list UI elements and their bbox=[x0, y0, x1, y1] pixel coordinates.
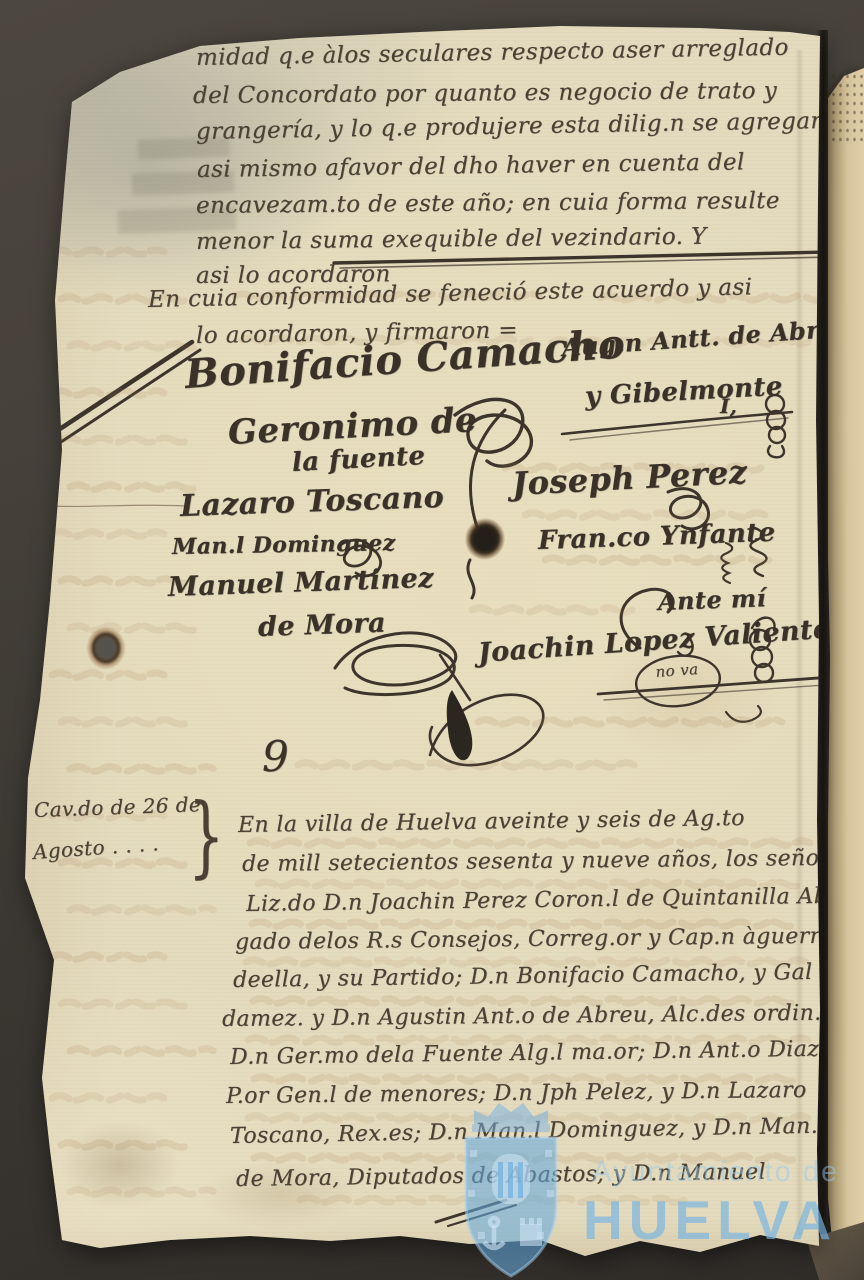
margin-double-slash-2 bbox=[52, 350, 200, 448]
manuscript-line: grangería, y lo q.e produjere esta dilig… bbox=[196, 109, 836, 144]
manuscript-line: midad q.e àlos seculares respecto aser a… bbox=[196, 36, 789, 70]
rule-after-acordaron bbox=[334, 252, 830, 263]
watermark-institution: Ayuntamiento de bbox=[592, 1156, 839, 1189]
stain bbox=[60, 1120, 180, 1210]
manuscript-line: En la villa de Huelva aveinte y seis de … bbox=[238, 807, 745, 837]
manuscript-page: midad q.e àlos seculares respecto aser a… bbox=[0, 0, 864, 1280]
abreu-mark: I, bbox=[720, 396, 737, 416]
verso-bleedthrough bbox=[52, 1096, 164, 1101]
ink-blot bbox=[459, 512, 512, 566]
verso-bleedthrough bbox=[61, 720, 189, 725]
verso-bleedthrough bbox=[52, 955, 164, 960]
manuscript-line: deella, y su Partido; D.n Bonifacio Cama… bbox=[233, 961, 813, 992]
verso-bleedthrough bbox=[250, 841, 810, 846]
abreu-coil-tail bbox=[768, 446, 784, 457]
rule-after-acordaron-2 bbox=[340, 257, 830, 268]
verso-bleedthrough bbox=[70, 767, 214, 772]
abreu-coil bbox=[769, 427, 785, 443]
verso-bleedthrough bbox=[52, 250, 164, 255]
verso-bleedthrough bbox=[52, 532, 164, 537]
manuscript-line: encavezam.to de este año; en cuia forma … bbox=[196, 189, 780, 218]
crease-line bbox=[35, 505, 185, 506]
paper-sheet: midad q.e àlos seculares respecto aser a… bbox=[0, 0, 864, 1280]
signature-fuente-2: la fuente bbox=[291, 443, 426, 476]
verso-bleedthrough bbox=[52, 391, 164, 396]
verso-bleedthrough bbox=[525, 513, 765, 518]
mora-oval bbox=[430, 695, 543, 765]
manuscript-line: asi mismo afavor del dho haver en cuenta… bbox=[197, 150, 745, 182]
signature-toscano: Lazaro Toscano bbox=[179, 483, 444, 522]
verso-bleedthrough bbox=[472, 608, 632, 613]
ante-mi-note: Ante mí bbox=[658, 586, 767, 614]
verso-bleedthrough bbox=[61, 1002, 189, 1007]
manuscript-line: del Concordato por quanto es negocio de … bbox=[193, 79, 777, 108]
margin-note-line: Agosto . . . . bbox=[32, 833, 159, 863]
mora-teardrop bbox=[447, 690, 473, 760]
abreu-underline bbox=[562, 412, 792, 434]
verso-bleedthrough bbox=[298, 763, 634, 768]
margin-double-slash bbox=[40, 342, 192, 442]
blot-curl bbox=[468, 560, 474, 598]
signature-perez: Joseph Perez bbox=[511, 456, 748, 500]
verso-bleedthrough bbox=[61, 861, 189, 866]
verso-bleedthrough bbox=[70, 1049, 214, 1054]
stray-mark: 9 bbox=[262, 736, 289, 778]
margin-brace: } bbox=[188, 792, 225, 880]
margin-note-line: Cav.do de 26 de bbox=[34, 794, 202, 821]
signature-martinez: Manuel Martinez bbox=[168, 565, 435, 601]
signature-martinez-2: de Mora bbox=[258, 610, 387, 641]
mora-connector bbox=[440, 655, 470, 700]
burn-hole bbox=[84, 624, 128, 672]
signature-ynfante: Fran.co Ynfante bbox=[538, 520, 776, 554]
no-va-note: no va bbox=[654, 661, 699, 681]
signature-dominguez: Man.l Dominguez bbox=[172, 532, 396, 558]
verso-bleedthrough bbox=[52, 673, 164, 678]
verso-bleedthrough bbox=[70, 344, 198, 349]
verso-bleedthrough bbox=[545, 558, 769, 563]
verso-bleedthrough bbox=[61, 438, 189, 443]
verso-bleedthrough bbox=[70, 908, 214, 913]
signature-abreu-2: y Gibelmonte bbox=[584, 374, 783, 410]
manuscript-line: D.n Ger.mo dela Fuente Alg.l ma.or; D.n … bbox=[230, 1038, 819, 1069]
signature-fuente: Geronimo de bbox=[227, 403, 478, 450]
abreu-underline-2 bbox=[570, 418, 788, 440]
huelva-coat-of-arms bbox=[448, 1098, 574, 1280]
abreu-coil bbox=[767, 411, 785, 429]
mora-rubric-loops bbox=[335, 633, 456, 695]
manuscript-line: menor la suma exequible del vezindario. … bbox=[196, 225, 707, 254]
archive-photo: midad q.e àlos seculares respecto aser a… bbox=[0, 0, 864, 1280]
manuscript-line: damez. y D.n Agustin Ant.o de Abreu, Alc… bbox=[222, 1001, 847, 1031]
watermark-city: HUELVA bbox=[583, 1188, 837, 1252]
crown bbox=[474, 1103, 548, 1124]
